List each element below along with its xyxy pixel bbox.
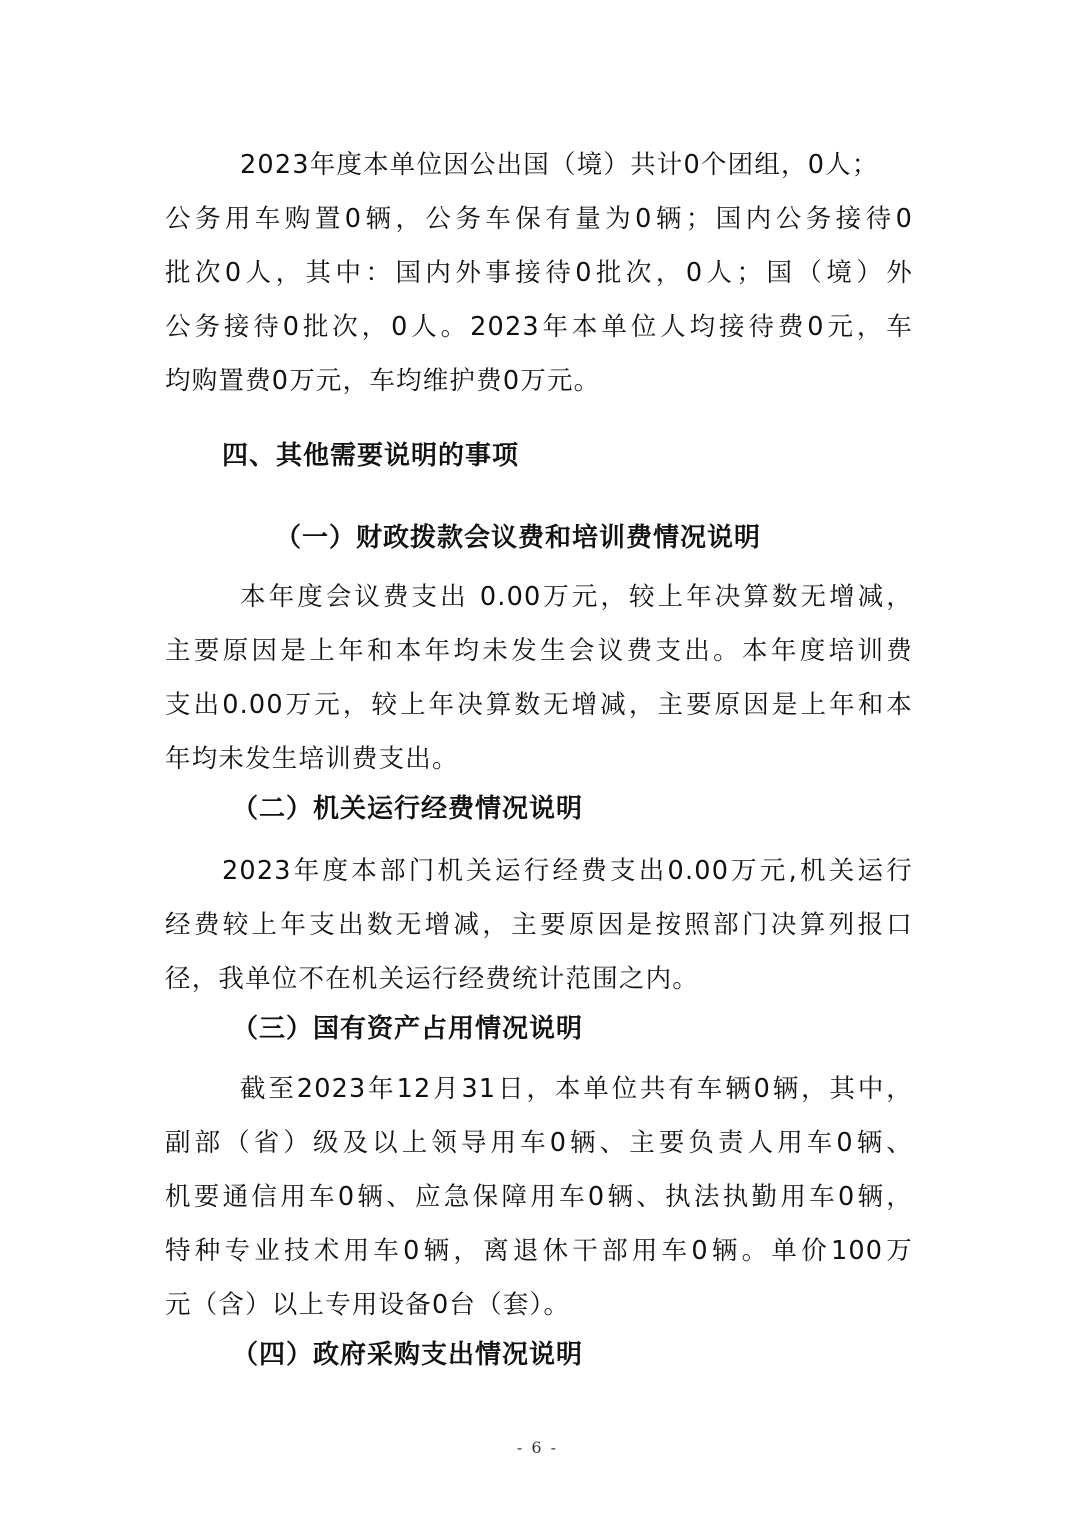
paragraph-line: 公务接待0批次，0人。2023年本单位人均接待费0元，车 — [165, 309, 913, 345]
paragraph-line: 2023年度本部门机关运行经费支出0.00万元,机关运行 — [222, 853, 913, 889]
paragraph-line: 主要原因是上年和本年均未发生会议费支出。本年度培训费 — [165, 633, 913, 669]
paragraph-line: 径，我单位不在机关运行经费统计范围之内。 — [165, 961, 913, 997]
paragraph-line: 批次0人，其中：国内外事接待0批次，0人；国（境）外 — [165, 255, 913, 291]
paragraph-line: 年均未发生培训费支出。 — [165, 741, 913, 777]
paragraph-line: 本年度会议费支出 0.00万元，较上年决算数无增减， — [240, 579, 913, 615]
section-heading: 四、其他需要说明的事项 — [222, 438, 519, 474]
subsection-heading: （三）国有资产占用情况说明 — [232, 1011, 583, 1047]
paragraph-line: 2023年度本单位因公出国（境）共计0个团组，0人； — [240, 147, 913, 183]
page-number: - 6 - — [0, 1438, 1075, 1458]
document-page: 2023年度本单位因公出国（境）共计0个团组，0人； 公务用车购置0辆，公务车保… — [0, 0, 1075, 1520]
paragraph-line: 机要通信用车0辆、应急保障用车0辆、执法执勤用车0辆， — [165, 1179, 913, 1215]
paragraph-line: 经费较上年支出数无增减，主要原因是按照部门决算列报口 — [165, 907, 913, 943]
paragraph-line: 元（含）以上专用设备0台（套）。 — [165, 1287, 913, 1323]
subsection-heading: （二）机关运行经费情况说明 — [232, 791, 583, 827]
paragraph-line: 截至2023年12月31日，本单位共有车辆0辆，其中， — [240, 1071, 913, 1107]
paragraph-line: 副部（省）级及以上领导用车0辆、主要负责人用车0辆、 — [165, 1125, 913, 1161]
paragraph-line: 支出0.00万元，较上年决算数无增减，主要原因是上年和本 — [165, 687, 913, 723]
paragraph-line: 特种专业技术用车0辆，离退休干部用车0辆。单价100万 — [165, 1233, 913, 1269]
subsection-heading: （一）财政拨款会议费和培训费情况说明 — [275, 520, 761, 556]
paragraph-line: 均购置费0万元，车均维护费0万元。 — [165, 363, 913, 399]
subsection-heading: （四）政府采购支出情况说明 — [232, 1337, 583, 1373]
paragraph-line: 公务用车购置0辆，公务车保有量为0辆；国内公务接待0 — [165, 201, 913, 237]
